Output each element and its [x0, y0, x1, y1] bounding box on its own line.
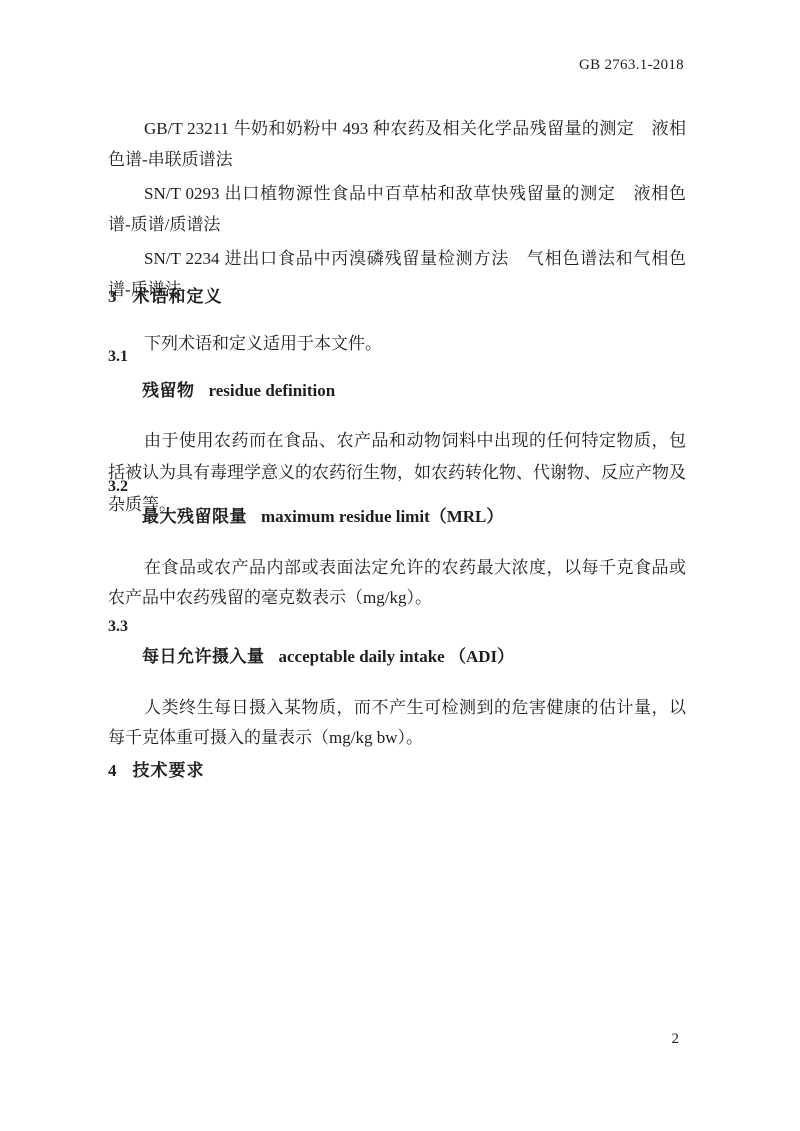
- section-3-number: 3: [108, 287, 117, 306]
- term-definition: 人类终生每日摄入某物质，而不产生可检测到的危害健康的估计量，以每千克体重可摄入的…: [108, 693, 686, 753]
- term-title-zh: 最大残留限量: [142, 507, 247, 526]
- term-title-en: maximum residue limit（MRL）: [261, 507, 503, 526]
- term-definition: 在食品或农产品内部或表面法定允许的农药最大浓度，以每千克食品或农产品中农药残留的…: [108, 553, 686, 613]
- section-4-title: 技术要求: [133, 761, 205, 780]
- section-3-heading: 3术语和定义: [108, 281, 686, 312]
- term-title: 每日允许摄入量acceptable daily intake （ADI）: [108, 641, 720, 672]
- section-4-number: 4: [108, 761, 117, 780]
- document-page: GB 2763.1-2018 GB/T 23211 牛奶和奶粉中 493 种农药…: [0, 0, 800, 1131]
- reference-item: SN/T 0293 出口植物源性食品中百草枯和敌草快残留量的测定 液相色谱-质谱…: [108, 178, 686, 240]
- term-number: 3.2: [108, 471, 686, 502]
- document-code: GB 2763.1-2018: [579, 54, 684, 76]
- reference-item: GB/T 23211 牛奶和奶粉中 493 种农药及相关化学品残留量的测定 液相…: [108, 113, 686, 175]
- term-title-zh: 每日允许摄入量: [142, 647, 265, 666]
- term-title: 残留物residue definition: [108, 375, 720, 406]
- term-title-en: residue definition: [209, 381, 336, 400]
- term-title-en: acceptable daily intake （ADI）: [279, 647, 515, 666]
- term-title: 最大残留限量maximum residue limit（MRL）: [108, 501, 720, 532]
- section-4-heading: 4技术要求: [108, 755, 686, 786]
- term-number: 3.1: [108, 341, 686, 372]
- section-3-title: 术语和定义: [133, 287, 223, 306]
- page-number: 2: [672, 1028, 680, 1050]
- term-number: 3.3: [108, 611, 686, 642]
- term-title-zh: 残留物: [142, 381, 195, 400]
